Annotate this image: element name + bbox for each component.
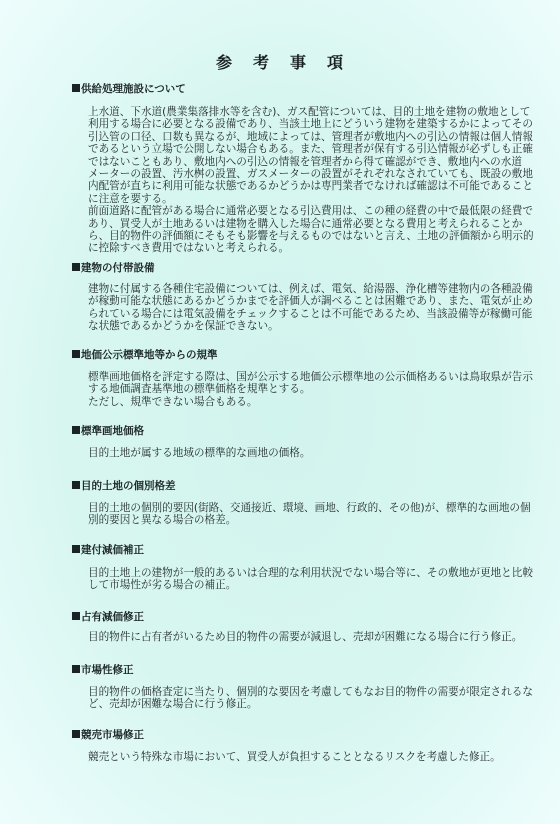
section-heading-individual-difference: 目的土地の個別格差 — [72, 480, 176, 493]
square-bullet-icon — [72, 665, 80, 673]
square-bullet-icon — [72, 84, 80, 92]
section-heading-standard-lot-price: 標準画地価格 — [72, 425, 144, 438]
text-line: ど、売却が困難な場合に行う修正。 — [88, 698, 506, 710]
square-bullet-icon — [72, 350, 80, 358]
square-bullet-icon — [72, 426, 80, 434]
text-line: 標準画地価格を評定する際は、国が公示する地価公示標準地の公示価格あるいは鳥取県が… — [88, 371, 506, 383]
document-page: 参考事項 供給処理施設について 上水道、下水道(農業集落排水等を含む)、ガス配管… — [0, 0, 560, 824]
section-body-benchmark-standard: 標準画地価格を評定する際は、国が公示する地価公示標準地の公示価格あるいは鳥取県が… — [88, 371, 506, 408]
text-line: する地価調査基準地の標準価格を規準とする。 — [88, 383, 506, 395]
section-body-building-encumbrance-correction: 目的土地上の建物が一般的あるいは合理的な利用状況でない場合等に、その敷地が更地と… — [88, 567, 506, 592]
section-heading-benchmark-standard: 地価公示標準地等からの規準 — [72, 349, 218, 362]
page-title: 参考事項 — [0, 52, 560, 74]
square-bullet-icon — [72, 481, 80, 489]
text-line: ではないこともあり、敷地内への引込の情報を管理者から得て確認ができ、敷地内への水… — [88, 156, 506, 168]
section-heading-building-encumbrance-correction: 建付減価補正 — [72, 544, 144, 557]
text-line: 内配管が直ちに利用可能な状態であるかどうかは専門業者でなければ確認は不可能である… — [88, 180, 506, 192]
text-line: に控除すべき費用ではないと考えられる。 — [88, 242, 506, 254]
text-line: 上水道、下水道(農業集落排水等を含む)、ガス配管については、目的土地を建物の敷地… — [88, 106, 506, 118]
text-line: 目的土地上の建物が一般的あるいは合理的な利用状況でない場合等に、その敷地が更地と… — [88, 567, 506, 579]
section-heading-marketability-correction: 市場性修正 — [72, 664, 134, 677]
text-line: 目的土地が属する地域の標準的な画地の価格。 — [88, 447, 506, 459]
section-body-marketability-correction: 目的物件の価格査定に当たり、個別的な要因を考慮してもなお目的物件の需要が限定され… — [88, 686, 506, 711]
section-body-individual-difference: 目的土地の個別的要因(街路、交通接近、環境、画地、行政的、その他)が、標準的な画… — [88, 502, 506, 527]
text-line: して市場性が劣る場合の補正。 — [88, 579, 506, 591]
square-bullet-icon — [72, 612, 80, 620]
text-line: 目的物件に占有者がいるため目的物件の需要が減退し、売却が困難になる場合に行う修正… — [88, 631, 506, 643]
text-line: 利用する場合に必要となる設備であり、当該土地上にどういう建物を建築するかによって… — [88, 118, 506, 130]
section-body-building-equipment: 建物に付属する各種住宅設備については、例えば、電気、給湯器、浄化槽等建物内の各種… — [88, 283, 506, 333]
text-line: ただし、規準できない場合もある。 — [88, 396, 506, 408]
text-line: が稼動可能な状態にあるかどうかまでを評価人が調べることは困難であり、また、電気が… — [88, 295, 506, 307]
text-line: 引込管の口径、口数も異なるが、地域によっては、管理者が敷地内への引込の情報は個人… — [88, 131, 506, 143]
section-body-occupancy-correction: 目的物件に占有者がいるため目的物件の需要が減退し、売却が困難になる場合に行う修正… — [88, 631, 506, 643]
square-bullet-icon — [72, 263, 80, 271]
section-heading-auction-market-correction: 競売市場修正 — [72, 729, 144, 742]
section-body-auction-market-correction: 競売という特殊な市場において、買受人が負担することとなるリスクを考慮した修正。 — [88, 751, 506, 763]
text-line: メーターの設置、汚水桝の設置、ガスメーターの設置がそれぞれなされていても、既設の… — [88, 168, 506, 180]
square-bullet-icon — [72, 730, 80, 738]
text-line: 目的土地の個別的要因(街路、交通接近、環境、画地、行政的、その他)が、標準的な画… — [88, 502, 506, 514]
section-heading-supply-facilities: 供給処理施設について — [72, 83, 186, 96]
text-line: 別的要因と異なる場合の格差。 — [88, 514, 506, 526]
text-line: な状態であるかどうかを保証できない。 — [88, 320, 506, 332]
text-line: であるという立場で公開しない場合もある。また、管理者が保有する引込情報が必ずしも… — [88, 143, 506, 155]
section-heading-building-equipment: 建物の付帯設備 — [72, 262, 155, 275]
text-line: 目的物件の価格査定に当たり、個別的な要因を考慮してもなお目的物件の需要が限定され… — [88, 686, 506, 698]
text-line: 建物に付属する各種住宅設備については、例えば、電気、給湯器、浄化槽等建物内の各種… — [88, 283, 506, 295]
text-line: あり、買受人が土地あるいは建物を購入した場合に通常必要となる費用と考えられること… — [88, 218, 506, 230]
square-bullet-icon — [72, 545, 80, 553]
section-body-standard-lot-price: 目的土地が属する地域の標準的な画地の価格。 — [88, 447, 506, 459]
text-line: ら、目的物件の評価額にそもそも影響を与えるものではないと言え、土地の評価額から明… — [88, 230, 506, 242]
text-line: に注意を要する。 — [88, 193, 506, 205]
section-heading-occupancy-correction: 占有減価修正 — [72, 611, 144, 624]
text-line: 前面道路に配管がある場合に通常必要となる引込費用は、この種の経費の中で最低限の経… — [88, 205, 506, 217]
text-line: られている場合には電気設備をチェックすることは不可能であるため、当該設備等が稼働… — [88, 308, 506, 320]
text-line: 競売という特殊な市場において、買受人が負担することとなるリスクを考慮した修正。 — [88, 751, 506, 763]
section-body-supply-facilities: 上水道、下水道(農業集落排水等を含む)、ガス配管については、目的土地を建物の敷地… — [88, 106, 506, 255]
